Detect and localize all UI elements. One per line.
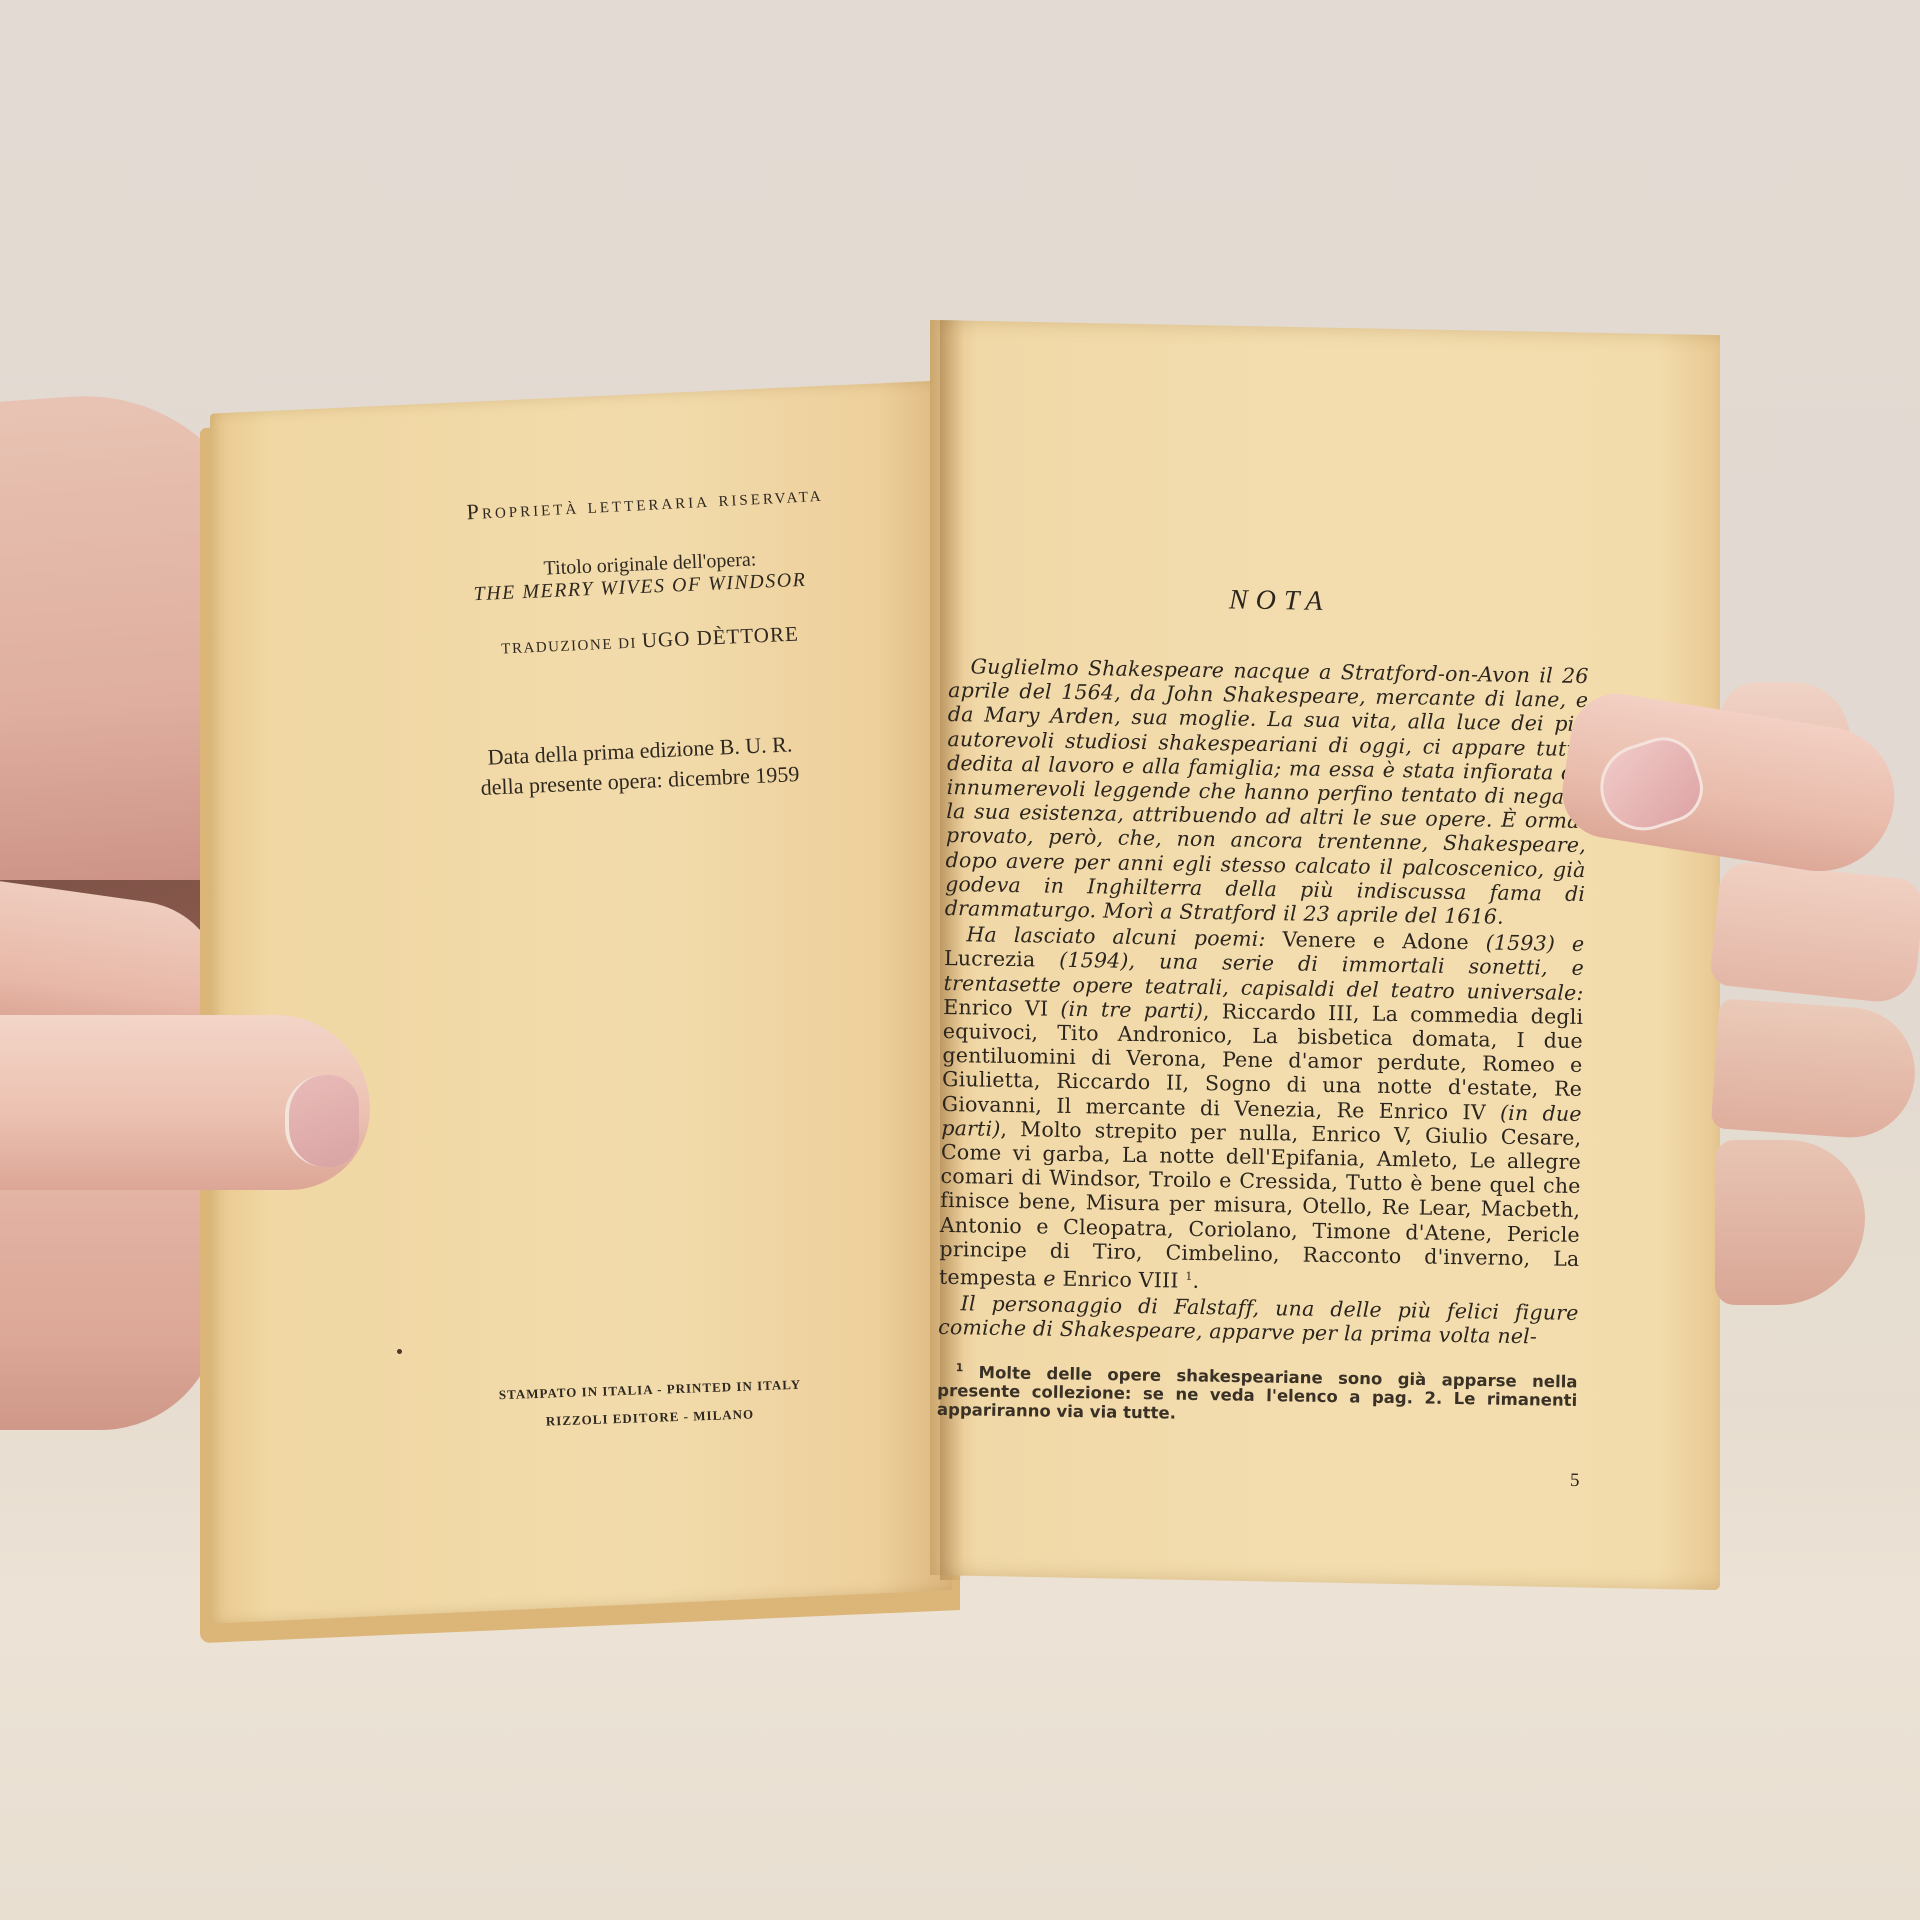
footnote-text: Molte delle opere shakespeariane sono gi… (937, 1363, 1578, 1423)
right-middle-finger (1709, 860, 1920, 1006)
last-play: Enrico VIII (1062, 1267, 1179, 1293)
ink-speck (397, 1349, 402, 1354)
plays-list-1: Enrico VI (943, 995, 1048, 1021)
poem-2-year: (1594) (1059, 948, 1129, 973)
photo-scene: Proprietà letteraria riservata Titolo or… (0, 0, 1920, 1920)
left-thumbnail (285, 1075, 359, 1167)
footnote-marker: 1 (956, 1361, 964, 1374)
plays-list-3: , Molto strepito per nulla, Enrico V, Gi… (939, 1117, 1582, 1291)
right-little-finger (1715, 1140, 1865, 1305)
period: . (1192, 1269, 1199, 1293)
paragraph-falstaff-text: Il personaggio di Falstaff, una delle pi… (938, 1291, 1579, 1348)
paragraph-falstaff: Il personaggio di Falstaff, una delle pi… (938, 1291, 1579, 1349)
conj: e (1572, 932, 1585, 956)
poem-1: Venere e Adone (1282, 928, 1469, 955)
poem-1-year: (1593) (1486, 931, 1556, 956)
right-ring-finger (1711, 998, 1920, 1142)
translation-label: Traduzione di (501, 636, 637, 658)
right-page-text: NOTA Guglielmo Shakespeare nacque a Stra… (937, 580, 1590, 1429)
paragraph-biography: Guglielmo Shakespeare nacque a Stratford… (945, 654, 1589, 930)
paragraph-biography-text: Guglielmo Shakespeare nacque a Stratford… (945, 654, 1589, 928)
page-number: 5 (1570, 1470, 1580, 1492)
plays-note-1: (in tre parti) (1060, 997, 1203, 1023)
footnote: 1 Molte delle opere shakespeariane sono … (937, 1357, 1578, 1429)
conj-2: e (1043, 1266, 1056, 1290)
poem-2: Lucrezia (944, 946, 1036, 971)
paragraph-works: Ha lasciato alcuni poemi: Venere e Adone… (939, 922, 1585, 1299)
